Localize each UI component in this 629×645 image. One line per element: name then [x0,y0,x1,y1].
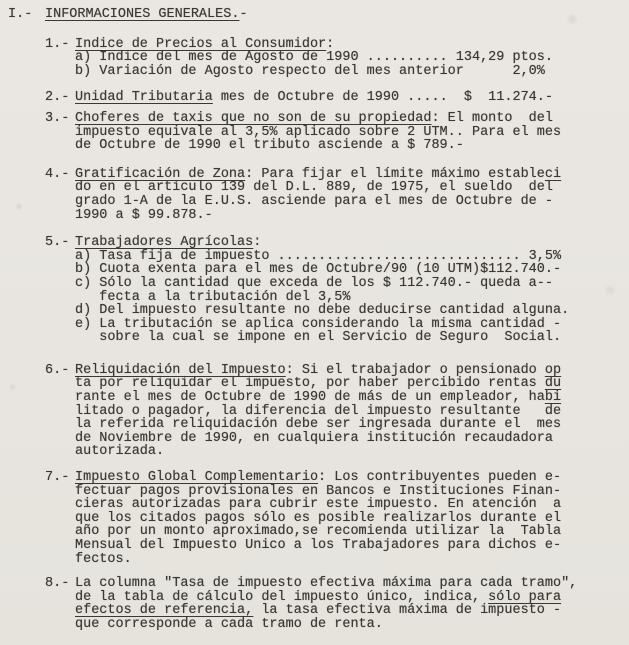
text-line: do en el artículo 139 del D.L. 889, de 1… [75,181,561,195]
text-line: Choferes de taxis que no son de su propi… [75,112,561,126]
document-heading: I.- INFORMACIONES GENERALES.- [8,8,623,22]
text-line: c) Sólo la cantidad que exceda de los $ … [75,277,569,291]
section-item-4: 4.-Gratificación de Zona: Para fijar el … [45,168,623,222]
text-line: Impuesto Global Complementario: Los cont… [75,471,561,485]
text-line: litado o pagador, la diferencia del impu… [75,405,561,419]
section-number: 3.- [45,112,75,153]
section-item-8: 8.-La columna "Tasa de impuesto efectiva… [45,577,623,631]
text-line: ta por reliquidar el impuesto, por haber… [75,377,561,391]
heading-numeral: I.- [8,8,45,22]
underlined-text: INFORMACIONES GENERALES. [45,7,239,22]
section-number: 2.- [45,91,75,105]
section-number: 8.- [45,577,75,631]
section-body: Trabajadores Agrícolas:a) Tasa fija de i… [75,236,569,345]
text-line: Reliquidación del Impuesto: Si el trabaj… [75,364,561,378]
section-number: 6.- [45,364,75,459]
section-body: Impuesto Global Complementario: Los cont… [75,471,561,566]
section-body: Indice de Precios al Consumidor:a) Indic… [75,38,553,79]
section-number: 5.- [45,236,75,345]
section-body: Gratificación de Zona: Para fijar el lím… [75,168,561,222]
text-segment: autorizada. [75,444,164,459]
text-line: Indice de Precios al Consumidor: [75,38,553,52]
text-segment: - [239,7,247,22]
text-line: fectos. [75,553,561,567]
text-line: sobre la cual se impone en el Servicio d… [75,331,569,345]
text-line: autorizada. [75,445,561,459]
text-line: Unidad Tributaria mes de Octubre de 1990… [75,91,553,105]
text-line: Gratificación de Zona: Para fijar el lím… [75,168,561,182]
text-segment: mes de Octubre de 1990 ..... $ 11.274.- [213,90,553,105]
text-segment: de Octubre de 1990 el tributo asciende a… [75,138,464,153]
text-line: fecta a la tributación del 3,5% [75,291,569,305]
section-item-7: 7.-Impuesto Global Complementario: Los c… [45,471,623,566]
section-body: Reliquidación del Impuesto: Si el trabaj… [75,364,561,459]
text-segment: 1990 a $ 99.878.- [75,208,213,223]
document-page: I.- INFORMACIONES GENERALES.- 1.-Indice … [0,0,629,632]
text-line: año por un monto aproximado,se recomiend… [75,525,561,539]
text-segment: que corresponde a cada tramo de renta. [75,617,383,632]
text-segment: Mensual del Impuesto Unico a los Trabaja… [75,538,561,553]
text-line: cieras autorizadas para cubrir este impu… [75,498,561,512]
text-segment: sobre la cual se impone en el Servicio d… [75,330,561,345]
text-line: d) Del impuesto resultante no debe deduc… [75,304,569,318]
section-item-3: 3.-Choferes de taxis que no son de su pr… [45,112,623,153]
text-line: grado 1-A de la E.U.S. asciende para el … [75,195,561,209]
section-body: Choferes de taxis que no son de su propi… [75,112,561,153]
text-line: fectuar pagos provisionales en Bancos e … [75,485,561,499]
text-line: de Noviembre de 1990, en cualquiera inst… [75,432,561,446]
text-line: que los citados pagos sólo es posible re… [75,512,561,526]
section-item-2: 2.-Unidad Tributaria mes de Octubre de 1… [45,91,623,105]
section-body: Unidad Tributaria mes de Octubre de 1990… [75,91,553,105]
section-item-5: 5.-Trabajadores Agrícolas:a) Tasa fija d… [45,236,623,345]
text-line: a) Indice del mes de Agosto de 1990 ....… [75,51,553,65]
section-number: 7.- [45,471,75,566]
text-line: Mensual del Impuesto Unico a los Trabaja… [75,539,561,553]
text-line: impuesto equivale al 3,5% aplicado sobre… [75,126,561,140]
heading-title: INFORMACIONES GENERALES.- [45,8,248,22]
text-line: rante el mes de Octubre de 1990 de más d… [75,391,561,405]
text-line: de la tabla de cálculo del impuesto únic… [75,591,577,605]
underlined-text: Unidad Tributaria [75,90,213,105]
text-segment: b) Variación de Agosto respecto del mes … [75,64,545,79]
text-line: a) Tasa fija de impuesto ...............… [75,250,569,264]
section-number: 1.- [45,38,75,79]
section-item-1: 1.-Indice de Precios al Consumidor:a) In… [45,38,623,79]
sections: 1.-Indice de Precios al Consumidor:a) In… [45,38,623,632]
text-line: b) Variación de Agosto respecto del mes … [75,65,553,79]
text-segment: fectos. [75,552,132,567]
section-item-6: 6.-Reliquidación del Impuesto: Si el tra… [45,364,623,459]
section-number: 4.- [45,168,75,222]
section-body: La columna "Tasa de impuesto efectiva má… [75,577,577,631]
text-line: efectos de referencia, la tasa efectiva … [75,604,577,618]
text-line: la referida reliquidación debe ser ingre… [75,418,561,432]
text-line: de Octubre de 1990 el tributo asciende a… [75,139,561,153]
text-line: que corresponde a cada tramo de renta. [75,618,577,632]
text-line: 1990 a $ 99.878.- [75,209,561,223]
text-line: La columna "Tasa de impuesto efectiva má… [75,577,577,591]
text-line: b) Cuota exenta para el mes de Octubre/9… [75,263,569,277]
text-line: e) La tributación se aplica considerando… [75,318,569,332]
text-line: Trabajadores Agrícolas: [75,236,569,250]
